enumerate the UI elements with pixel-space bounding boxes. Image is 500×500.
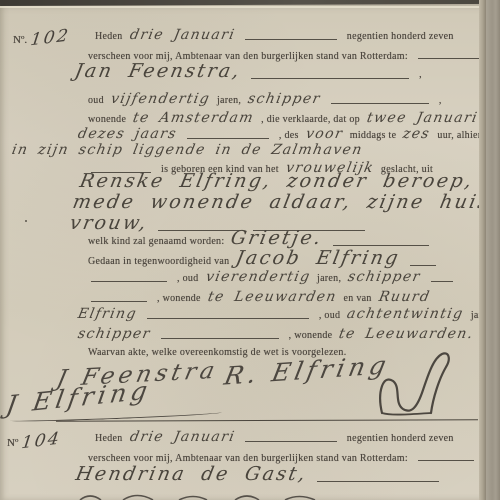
paper-top-highlight: [0, 6, 483, 8]
ruled-fill-line: [147, 316, 309, 319]
handwritten-entry: te Amsterdam: [132, 110, 256, 126]
printed-form-text: ,: [419, 69, 422, 80]
printed-form-text: oud: [88, 95, 104, 106]
printed-form-text: middags te: [350, 130, 397, 141]
record-line: , wonendete Leeuwardenen vanRuurd: [88, 289, 430, 305]
printed-form-text: , oud: [177, 273, 199, 284]
ruled-fill-line: [187, 136, 269, 139]
ruled-fill-line: [245, 439, 337, 442]
record-line: mede wonende aldaar, zijne huis,: [73, 191, 499, 213]
printed-form-text: en van: [344, 293, 372, 304]
printed-form-text: , wonende: [157, 293, 201, 304]
handwritten-entry: te Leeuwarden: [206, 289, 338, 305]
printed-form-text: , die verklaarde, dat op: [261, 114, 360, 125]
printed-form-text: Heden: [95, 433, 123, 444]
ruled-fill-line: [333, 243, 429, 246]
handwritten-entry: voor: [304, 126, 344, 142]
printed-form-text: , oud: [319, 310, 341, 321]
handwritten-entry: Jan Feenstra,: [73, 60, 243, 82]
printed-form-text: Gedaan in tegenwoordigheid van: [88, 256, 229, 267]
printed-form-text: negentien honderd zeven: [347, 31, 454, 42]
handwritten-entry: vierendertig: [204, 269, 312, 285]
record-line: welk kind zal genaamd worden:Grietje.: [88, 227, 432, 249]
ruled-fill-line: [410, 263, 436, 266]
printed-form-text: , des: [279, 130, 299, 141]
record-number-label: Nº: [7, 437, 18, 449]
ruled-fill-line: [91, 279, 167, 282]
handwritten-entry: twee Januari: [365, 110, 479, 126]
record-line: Hedendrie Januarinegentien honderd zeven: [95, 27, 454, 43]
record-line: schipper, wonendete Leeuwarden.: [78, 326, 474, 342]
handwritten-entry: Jacob Elfring: [234, 247, 402, 269]
record-number-value: 102: [29, 26, 71, 51]
ruled-fill-line: [317, 479, 439, 482]
ruled-fill-line: [245, 37, 337, 40]
record-number: Nº. 102: [13, 28, 70, 48]
ruled-fill-line: [431, 279, 453, 282]
handwritten-entry: schipper: [247, 91, 323, 107]
ruled-fill-line: [251, 76, 409, 79]
printed-form-text: Heden: [95, 31, 123, 42]
record-line: oudvijfendertigjaren,schipper,: [88, 91, 442, 107]
handwritten-entry: schipper: [76, 326, 152, 342]
background-strip: [486, 0, 500, 500]
handwritten-entry: zes: [402, 126, 432, 142]
ruled-fill-line: [161, 336, 279, 339]
page-right-edge: [479, 0, 486, 500]
record-line: Hendrina de Gast,: [76, 463, 442, 485]
ruled-fill-line: [331, 101, 429, 104]
record-line: , oudvierendertigjaren,schipper: [88, 269, 456, 285]
record-number-label: Nº.: [13, 34, 27, 46]
handwritten-entry: achtentwintig: [346, 306, 466, 322]
record-line: Elfring, oudachtentwintigjaren,: [78, 306, 495, 322]
handwritten-entry: Hendrina de Gast,: [74, 463, 309, 485]
paper-sheet: Nº. 102 Hedendrie Januarinegentien honde…: [0, 0, 483, 500]
record-line: Jan Feenstra,,: [75, 60, 422, 82]
printed-form-text: uur, alhier,: [437, 130, 483, 141]
printed-form-text: negentien honderd zeven: [347, 433, 454, 444]
record-line: Hedendrie Januarinegentien honderd zeven: [95, 429, 454, 445]
record-line: wonendete Amsterdam, die verklaarde, dat…: [88, 110, 478, 126]
handwritten-entry: dezes jaars: [76, 126, 178, 142]
handwritten-entry: Ruurd: [377, 289, 431, 305]
handwritten-entry: schipper: [347, 269, 423, 285]
ruled-fill-line: [418, 56, 480, 59]
ink-speck: [25, 220, 27, 222]
scanned-registry-page: Nº. 102 Hedendrie Januarinegentien honde…: [0, 0, 500, 500]
handwritten-entry: drie Januari: [128, 27, 236, 43]
record-line: in zijn schip liggende in de Zalmhaven: [12, 142, 363, 158]
record-number: Nº 104: [7, 431, 61, 451]
ruled-fill-line: [91, 299, 147, 302]
record-line: Gedaan in tegenwoordigheid vanJacob Elfr…: [88, 247, 439, 269]
handwritten-entry: Elfring: [76, 306, 138, 322]
official-paraph-icon: [372, 350, 466, 420]
handwritten-entry: mede wonende aldaar, zijne huis,: [71, 191, 500, 213]
printed-form-text: jaren,: [317, 273, 341, 284]
printed-form-text: wonende: [88, 114, 126, 125]
record-number-value: 104: [21, 429, 63, 454]
partial-next-line-strokes: [75, 492, 405, 500]
ruled-fill-line: [418, 458, 474, 461]
handwritten-entry: Renske Elfring, zonder beroep,: [78, 170, 476, 192]
printed-form-text: ,: [439, 95, 442, 106]
handwritten-entry: vijfendertig: [109, 91, 211, 107]
printed-form-text: , wonende: [289, 330, 333, 341]
handwritten-entry: in zijn schip liggende in de Zalmhaven: [10, 142, 364, 158]
printed-form-text: welk kind zal genaamd worden:: [88, 236, 224, 247]
printed-form-text: jaren,: [217, 95, 241, 106]
record-separator-line: [56, 419, 478, 421]
handwritten-entry: drie Januari: [128, 429, 236, 445]
handwritten-entry: Grietje.: [229, 227, 325, 249]
record-line: Renske Elfring, zonder beroep,: [80, 170, 474, 192]
handwritten-entry: te Leeuwarden.: [338, 326, 476, 342]
record-line: dezes jaars, desvoormiddags tezesuur, al…: [78, 126, 484, 142]
